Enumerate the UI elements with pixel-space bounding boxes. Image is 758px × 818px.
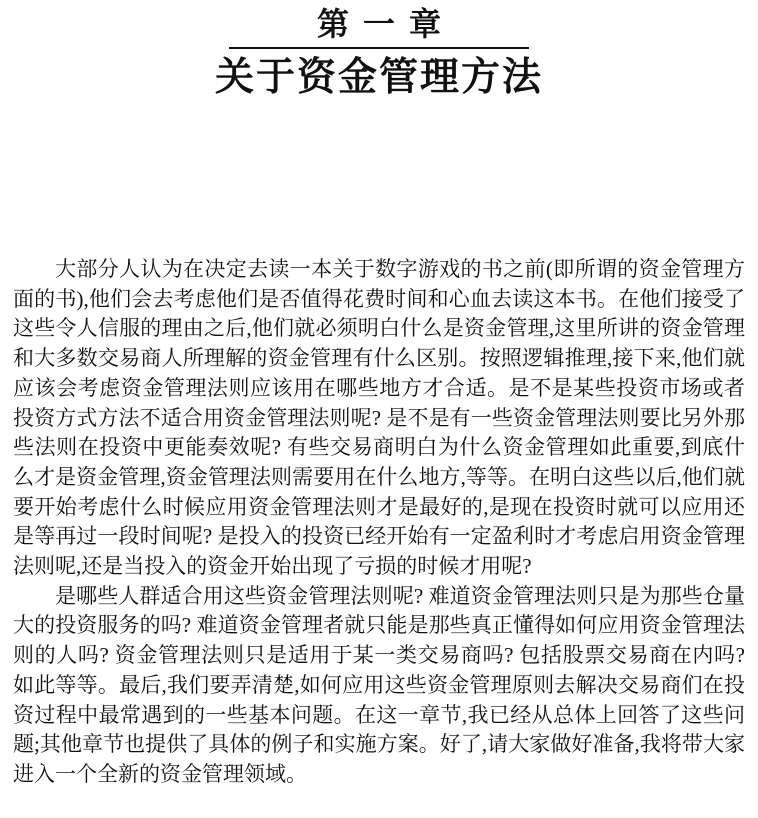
chapter-number-heading: 第一章	[0, 6, 758, 42]
body-paragraph-1: 大部分人认为在决定去读一本关于数字游戏的书之前(即所谓的资金管理方面的书),他们…	[13, 255, 745, 582]
chapter-header: 第一章 关于资金管理方法	[0, 0, 758, 100]
chapter-body: 大部分人认为在决定去读一本关于数字游戏的书之前(即所谓的资金管理方面的书),他们…	[0, 255, 758, 790]
chapter-divider-rule	[229, 47, 529, 49]
chapter-title-heading: 关于资金管理方法	[0, 56, 758, 100]
book-page: 第一章 关于资金管理方法 大部分人认为在决定去读一本关于数字游戏的书之前(即所谓…	[0, 0, 758, 818]
body-paragraph-2: 是哪些人群适合用这些资金管理法则呢? 难道资金管理法则只是为那些仓量大的投资服务…	[13, 582, 745, 790]
